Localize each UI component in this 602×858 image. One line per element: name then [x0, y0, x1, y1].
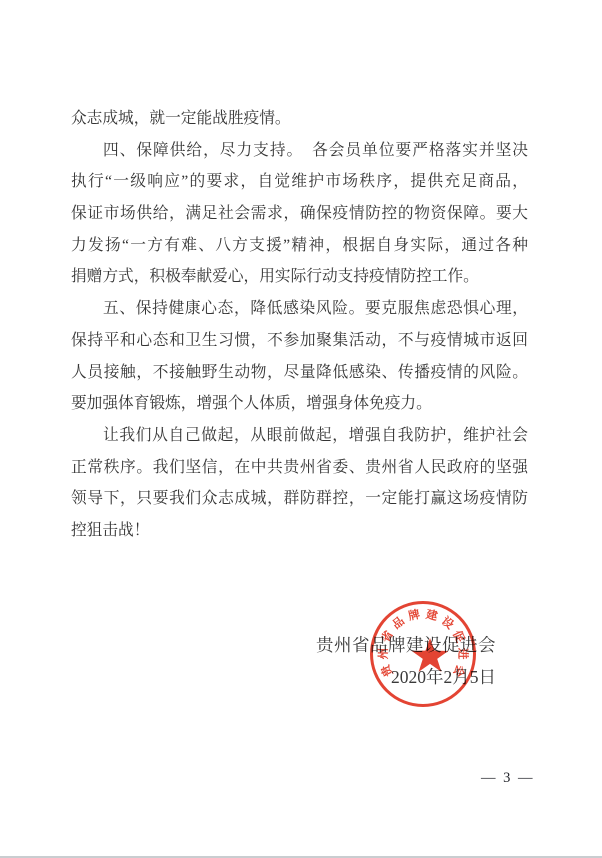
text-line: 人员接触，不接触野生动物，尽量降低感染、传播疫情的风险。	[71, 357, 528, 389]
seal-arc-char: 贵	[377, 662, 396, 679]
seal-arc-char: 州	[375, 648, 391, 660]
seal-arc-char: 品	[389, 613, 408, 633]
text-line: 正常秩序。我们坚信，在中共贵州省委、贵州省人民政府的坚强	[71, 452, 528, 484]
text-line: 保证市场供给，满足社会需求，确保疫情防控的物资保障。要大	[71, 198, 528, 230]
text-line: 力发扬“一方有难、八方支援”精神，根据自身实际，通过各种	[71, 230, 528, 262]
text-line: 五、保持健康心态，降低感染风险。要克服焦虑恐惧心理，	[71, 293, 528, 325]
seal-arc-char: 牌	[407, 606, 422, 624]
seal-arc-char: 设	[438, 613, 457, 633]
seal-arc-char: 建	[424, 606, 439, 624]
text-line: 捐赠方式，积极奉献爱心，用实际行动支持疫情防控工作。	[71, 261, 528, 293]
text-line: 要加强体育锻炼，增强个人体质，增强身体免疫力。	[71, 388, 528, 420]
text-line: 四、保障供给，尽力支持。 各会员单位要严格落实并坚决	[71, 135, 528, 167]
document-body: 众志成城，就一定能战胜疫情。四、保障供给，尽力支持。 各会员单位要严格落实并坚决…	[71, 103, 528, 547]
document-page: 众志成城，就一定能战胜疫情。四、保障供给，尽力支持。 各会员单位要严格落实并坚决…	[0, 0, 602, 858]
seal-arc-char: 省	[377, 628, 396, 645]
text-line: 控狙击战！	[71, 515, 528, 547]
seal-arc-char: 进	[455, 648, 471, 660]
text-line: 执行“一级响应”的要求，自觉维护市场秩序，提供充足商品，	[71, 166, 528, 198]
text-line: 领导下，只要我们众志成城，群防群控，一定能打赢这场疫情防	[71, 483, 528, 515]
page-number: — 3 —	[481, 770, 535, 787]
seal-arc-char: 会	[450, 662, 469, 679]
official-seal-icon: 贵州省品牌建设促进会	[370, 601, 476, 707]
seal-arc-char: 促	[449, 628, 468, 645]
text-line: 保持平和心态和卫生习惯，不参加聚集活动，不与疫情城市返回	[71, 325, 528, 357]
text-line: 让我们从自己做起，从眼前做起，增强自我防护，维护社会	[71, 420, 528, 452]
text-line: 众志成城，就一定能战胜疫情。	[71, 103, 528, 135]
seal-star-icon	[411, 638, 449, 674]
